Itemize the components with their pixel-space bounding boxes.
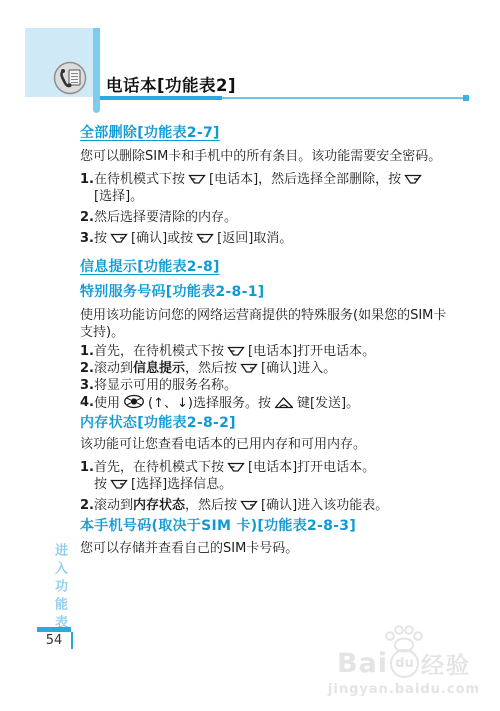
step-number: 2. [80,360,94,377]
step-text: [确认]进入。 [261,361,336,376]
step-number: 2. [80,209,94,226]
phonebook-icon [53,61,87,95]
step-number: 3. [80,377,94,394]
step-text: ，然后按 [185,498,237,513]
right-softkey-icon [404,173,422,185]
step-number: 1. [80,459,94,476]
step-item: 4. 使用(↑、↓)选择服务。按键[发送]。 [80,394,466,412]
section-heading-delete-all: 全部删除[功能表2-7] [80,126,466,141]
special-numbers-steps: 1. 首先，在待机模式下按[电话本]打开电话本。 2. 滚动到信息提示，然后按[… [80,343,466,412]
step-text: 在待机模式下按 [94,172,185,187]
left-softkey-icon [227,345,245,357]
section-heading-special-numbers: 特别服务号码[功能表2-8-1] [80,285,466,300]
step-text: [确认]进入该功能表。 [261,498,388,513]
step-number: 2. [80,497,94,514]
step-text: 首先，在待机模式下按 [94,460,224,475]
manual-content: 全部删除[功能表2-7] 您可以删除SIM卡和手机中的所有条目。该功能需要安全密… [80,121,466,559]
chapter-side-tab: 进入功能表 [50,543,69,633]
step-text: 按 [94,231,107,246]
step-item: 1. 首先，在待机模式下按[电话本]打开电话本。 [80,343,466,360]
memory-status-intro: 该功能可让您查看电话本的已用内存和可用内存。 [80,436,466,453]
right-softkey-icon [240,362,258,374]
page-title: 电话本[功能表2] [106,72,236,96]
step-text: 滚动到 [94,361,133,376]
send-key-icon [274,396,294,409]
step-text: [电话本]打开电话本。 [248,344,375,359]
step-text: ，然后按 [185,361,237,376]
step-text: 首先，在待机模式下按 [94,344,224,359]
watermark-bai: Bai [337,648,388,679]
step-text: 使用 [94,396,120,411]
step-item: 2. 滚动到内存状态，然后按[确认]进入该功能表。 [80,497,466,514]
memory-status-steps: 1. 首先，在待机模式下按[电话本]打开电话本。 按[选择]选择信息。 2. 滚… [80,459,466,514]
step-number: 1. [80,171,94,188]
step-text: [返回]取消。 [217,231,292,246]
step-text: [确认]或按 [131,231,193,246]
step-text-bold: 内存状态 [133,498,185,513]
right-softkey-icon [110,232,128,244]
step-number: 1. [80,343,94,360]
section-heading-info: 信息提示[功能表2-8] [80,260,466,275]
watermark-du-circle: du [390,649,419,678]
step-text: 滚动到 [94,498,133,513]
step-text: 将显示可用的服务名称。 [94,378,237,393]
title-underline-thin [222,97,463,99]
navigation-key-icon [123,394,145,409]
step-text: [选择]。 [94,189,143,204]
special-numbers-intro: 使用该功能访问您的网络运营商提供的特殊服务(如果您的SIM卡 支持)。 [80,307,466,341]
step-text: [电话本]打开电话本。 [248,460,375,475]
step-item: 1. 在待机模式下按[电话本]，然后选择全部删除，按 [选择]。 [80,171,466,205]
own-number-intro: 您可以存储并查看自己的SIM卡号码。 [80,540,466,557]
step-item: 3. 按[确认]或按[返回]取消。 [80,230,466,247]
baidu-watermark: Bai du 经验 jingyan.baidu.com [324,623,484,697]
delete-all-steps: 1. 在待机模式下按[电话本]，然后选择全部删除，按 [选择]。 2. 然后选择… [80,171,466,247]
step-item: 2. 滚动到信息提示，然后按[确认]进入。 [80,360,466,377]
right-softkey-icon [110,478,128,490]
title-underline-endcap [463,95,469,101]
watermark-url: jingyan.baidu.com [324,682,484,697]
title-underline-thick [100,96,222,100]
step-text: [选择]选择信息。 [131,477,232,492]
step-text: 按 [94,477,107,492]
vertical-accent-bar [93,28,100,113]
page-number: 54 [37,632,73,649]
step-item: 1. 首先，在待机模式下按[电话本]打开电话本。 按[选择]选择信息。 [80,459,466,493]
section-heading-own-number: 本手机号码(取决于SIM 卡)[功能表2-8-3] [80,519,466,534]
right-softkey-icon [240,499,258,511]
left-softkey-icon [188,173,206,185]
watermark-brand-row: Bai du 经验 [324,647,484,680]
section-heading-memory-status: 内存状态[功能表2-8-2] [80,416,466,431]
watermark-jingyan: 经验 [421,647,471,680]
left-softkey-icon [196,232,214,244]
step-text: [电话本]，然后选择全部删除，按 [209,172,401,187]
step-text-bold: 信息提示 [133,361,185,376]
manual-page: 电话本[功能表2] 全部删除[功能表2-7] 您可以删除SIM卡和手机中的所有条… [0,0,500,711]
step-text: (↑、↓)选择服务。按 [148,396,271,411]
step-text: 然后选择要清除的内存。 [94,210,237,225]
delete-all-intro: 您可以删除SIM卡和手机中的所有条目。该功能需要安全密码。 [80,148,466,165]
step-number: 4. [80,394,94,411]
step-item: 3. 将显示可用的服务名称。 [80,377,466,394]
step-text: 键[发送]。 [297,396,359,411]
step-number: 3. [80,230,94,247]
left-softkey-icon [227,461,245,473]
step-item: 2. 然后选择要清除的内存。 [80,209,466,226]
